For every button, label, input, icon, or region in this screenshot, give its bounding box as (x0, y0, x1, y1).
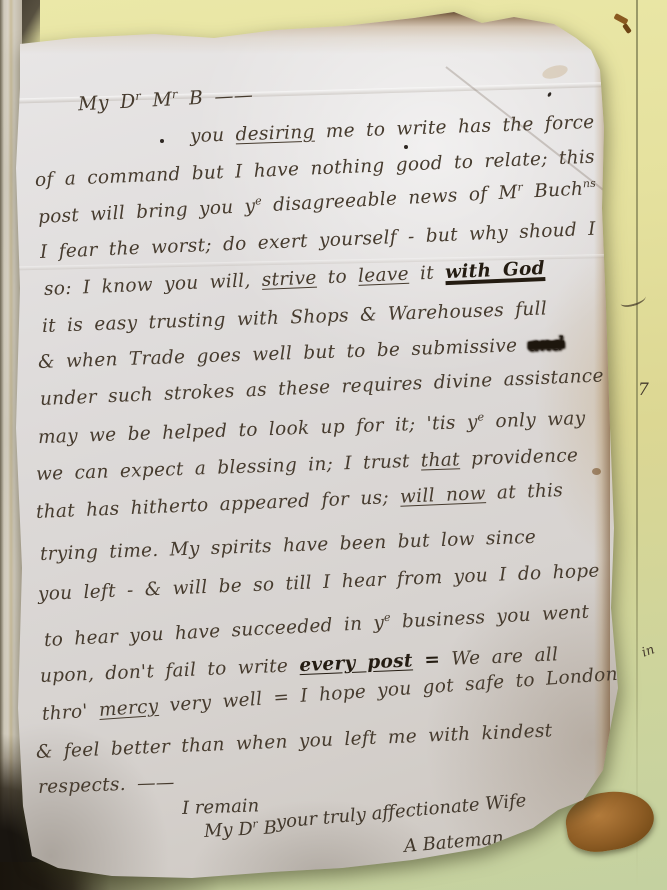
letter-text-segment: upon, don't fail to write (40, 655, 300, 687)
letter-text-segment: you (190, 124, 236, 147)
letter-line: we can expect a blessing in; I trust tha… (36, 445, 579, 485)
letter-text-segment: desiring (235, 122, 315, 146)
letter-text-segment: to hear you have succeeded in y (43, 612, 384, 651)
letter-line: trying time. My spirits have been but lo… (40, 527, 537, 565)
letter-line: that has hitherto appeared for us; will … (36, 480, 564, 523)
letter-text-segment: & when Trade goes well but to be submiss… (38, 335, 529, 373)
letter-paper: My Dr Mr B —— you desiring me to write h… (14, 8, 628, 882)
closing-remain: I remain (182, 795, 260, 819)
letter-text-segment: only way (484, 408, 586, 433)
salutation-line: My Dr Mr B —— (77, 83, 253, 115)
letter-line: you desiring me to write has the force (190, 112, 595, 147)
letter-line: & when Trade goes well but to be submiss… (38, 334, 565, 373)
letter-line: so: I know you will, strive to leave it … (44, 258, 546, 300)
letter-text-segment: M (140, 88, 172, 112)
letter-text-segment: it is easy trusting with Shops & Warehou… (42, 298, 548, 337)
letter-text-segment: me to write has the force (314, 112, 595, 143)
letter-text-segment: B —— (177, 84, 254, 110)
letter-text-segment: I remain (182, 795, 260, 819)
letter-text-segment: My D (203, 818, 253, 842)
signature: A Bateman (403, 827, 504, 857)
letter-text-segment: you left - & will be so till I hear from… (38, 560, 601, 605)
letter-text-segment: under such strokes as these requires div… (40, 365, 605, 410)
letter-text-segment: disagreeable news of M (261, 182, 518, 216)
letter-text-segment: thro' (41, 700, 99, 725)
letter-text-segment: it (408, 262, 445, 285)
letter-text-segment: My D (77, 90, 136, 115)
letter-text-segment: providence (459, 445, 578, 470)
letter-line: may we be helped to look up for it; 'tis… (38, 407, 586, 448)
letter-line: you left - & will be so till I hear from… (38, 560, 601, 605)
letter-paper-shadow: My Dr Mr B —— you desiring me to write h… (14, 8, 628, 882)
letter-text-segment: ns (583, 177, 597, 191)
ink-dot (160, 139, 164, 143)
letter-text-segment: leave (358, 264, 410, 287)
letter-text-segment: strive (261, 268, 317, 291)
closing-valediction: your truly affectionate Wife (275, 790, 527, 833)
letter-content: My Dr Mr B —— you desiring me to write h… (14, 8, 628, 882)
letter-text-segment: = (412, 649, 440, 671)
letter-text-segment: every post (299, 650, 413, 676)
letter-text-segment: that (420, 449, 460, 471)
letter-text-segment: business you went (390, 602, 590, 633)
letter-text-segment: We are all (440, 644, 559, 670)
letter-line: respects. —— (38, 772, 175, 798)
letter-text-segment: that has hitherto appeared for us; (36, 487, 401, 523)
letter-text-segment: so: I know you will, (44, 270, 263, 300)
closing-addressee: My Dr B (203, 816, 277, 842)
letter-photograph: My Dr Mr B —— you desiring me to write h… (0, 0, 667, 890)
letter-text-segment: A Bateman (403, 827, 504, 857)
letter-line: & feel better than when you left me with… (36, 720, 553, 763)
margin-mark: in (640, 642, 657, 660)
margin-mark: 7 (638, 380, 649, 400)
letter-text-segment: we can expect a blessing in; I trust (36, 451, 422, 485)
letter-text-segment: at this (485, 480, 563, 504)
letter-text-segment: with God (445, 258, 546, 283)
ink-dot (404, 145, 408, 149)
letter-text-segment: and (528, 334, 564, 356)
letter-text-segment: will now (400, 483, 487, 508)
letter-text-segment: trying time. My spirits have been but lo… (40, 527, 537, 565)
letter-text-segment: & feel better than when you left me with… (36, 720, 553, 763)
letter-line: to hear you have succeeded in ye busines… (43, 600, 589, 651)
letter-text-segment: B (257, 817, 277, 839)
letter-text-segment: respects. —— (38, 772, 175, 798)
letter-text-segment: post will bring you y (37, 196, 255, 228)
letter-text-segment: mercy (98, 696, 159, 721)
letter-line: it is easy trusting with Shops & Warehou… (42, 298, 548, 337)
mat-edge-line (636, 0, 638, 890)
letter-text-segment: to (316, 266, 358, 289)
letter-line: under such strokes as these requires div… (40, 365, 605, 410)
letter-text-segment: may we be helped to look up for it; 'tis… (38, 412, 478, 448)
letter-text-segment: Buch (523, 179, 584, 203)
letter-text-segment: your truly affectionate Wife (275, 790, 527, 833)
